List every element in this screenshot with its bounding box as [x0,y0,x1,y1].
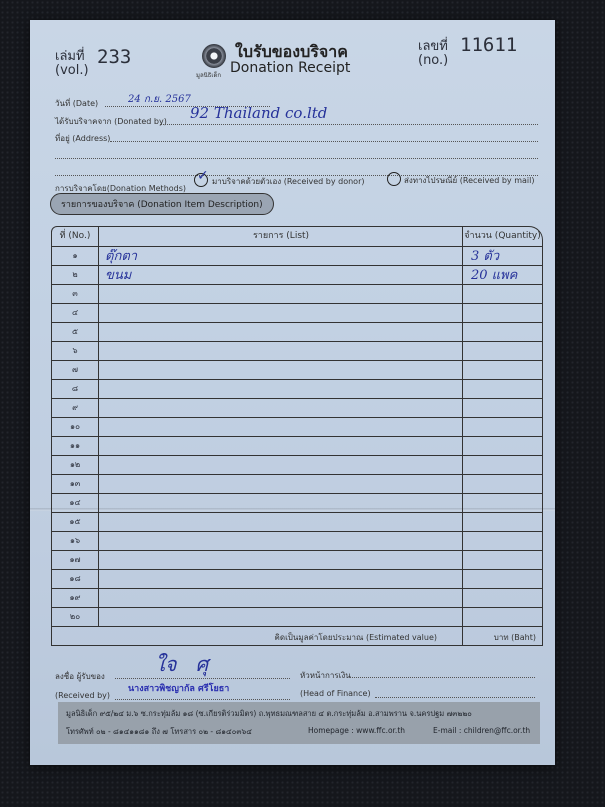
row-item-cell[interactable] [98,531,463,550]
radio-received-by-donor[interactable]: ✓ [194,173,208,187]
no-label-th: เลขที่ [418,40,448,54]
row-item-cell[interactable] [98,588,463,607]
row-number: ๑๒ [52,455,98,474]
footer-homepage[interactable]: Homepage : www.ffc.or.th [308,726,405,735]
row-number: ๑๙ [52,588,98,607]
head-finance-line-1 [350,677,535,678]
row-number: ๑๐ [52,417,98,436]
table-row: ๙ [52,398,542,418]
table-row: ๑๐ [52,417,542,437]
col-no-header: ที่ (No.) [52,227,98,246]
option-received-by-mail: ส่งทางไปรษณีย์ (Received by mail) [404,174,534,187]
items-table: ที่ (No.) รายการ (List) จำนวน (Quantity)… [51,226,543,646]
received-by-label-en: (Received by) [55,691,110,700]
address-label: ที่อยู่ (Address) [55,132,110,145]
table-row: ๒๐ [52,607,542,627]
volume-block: เล่มที่ (vol.) 233 [55,50,89,78]
row-item-cell[interactable]: ตุ๊กตา [98,246,463,265]
footer-address: มูลนิธิเด็ก ๙๕/๒๔ ม.๖ ซ.กระทุ่มล้ม ๑๘ (ซ… [66,708,472,720]
row-qty-cell[interactable] [462,360,542,379]
row-item-cell[interactable] [98,284,463,303]
received-by-line-2 [115,699,290,700]
row-number: ๕ [52,322,98,341]
row-item-cell[interactable] [98,303,463,322]
table-row: ๘ [52,379,542,399]
table-header: ที่ (No.) รายการ (List) จำนวน (Quantity) [52,227,542,247]
row-item-cell[interactable] [98,493,463,512]
table-row: ๑๖ [52,531,542,551]
row-item-cell[interactable] [98,436,463,455]
row-number: ๙ [52,398,98,417]
donated-by-label: ได้รับบริจาคจาก (Donated by) [55,115,167,128]
table-row: ๑๔ [52,493,542,513]
option-received-by-donor: มาบริจาคด้วยตัวเอง (Received by donor) [212,175,365,188]
row-item-cell[interactable] [98,417,463,436]
row-item-cell[interactable] [98,360,463,379]
row-qty-cell[interactable] [462,550,542,569]
receiver-signature: ใจ ศุ [155,648,208,680]
row-qty-cell[interactable] [462,417,542,436]
row-number: ๒ [52,265,98,284]
table-row: ๑๗ [52,550,542,570]
table-row: ๑๘ [52,569,542,589]
items-section-title: รายการของบริจาค (Donation Item Descripti… [50,193,274,215]
table-row: ๖ [52,341,542,361]
row-number: ๑๖ [52,531,98,550]
row-item-cell[interactable]: ขนม [98,265,463,284]
footer-contact-bar: มูลนิธิเด็ก ๙๕/๒๔ ม.๖ ซ.กระทุ่มล้ม ๑๘ (ซ… [58,702,540,744]
row-qty-cell[interactable] [462,303,542,322]
date-value[interactable]: 24 ก.ย. 2567 [128,92,191,107]
row-item-cell[interactable] [98,607,463,626]
row-qty-cell[interactable] [462,588,542,607]
receipt-number-block: เลขที่ (no.) 11611 [418,40,448,68]
row-qty-cell[interactable] [462,569,542,588]
donated-by-value[interactable]: 92 Thailand co.ltd [190,104,327,122]
table-row: ๓ [52,284,542,304]
row-qty: 20 แพค [471,264,517,285]
row-item-cell[interactable] [98,379,463,398]
table-row: ๑ตุ๊กตา3 ตัว [52,246,542,266]
date-label: วันที่ (Date) [55,97,98,110]
checkmark-icon: ✓ [197,168,209,184]
row-number: ๖ [52,341,98,360]
table-row: ๒ขนม20 แพค [52,265,542,285]
table-row: ๑๒ [52,455,542,475]
table-row: ๔ [52,303,542,323]
footer-phone: โทรศัพท์ ๐๒ - ๘๑๔๑๑๘๑ ถึง ๗ โทรสาร ๐๒ - … [66,726,252,738]
row-number: ๑ [52,246,98,265]
received-by-label-th: ลงชื่อ ผู้รับของ [55,670,105,683]
radio-received-by-mail[interactable] [387,172,401,186]
row-number: ๑๕ [52,512,98,531]
table-row: ๕ [52,322,542,342]
row-item: ตุ๊กตา [105,245,137,266]
table-row: ๑๓ [52,474,542,494]
estimated-value-cell[interactable]: บาท (Baht) [462,627,542,645]
logo-caption: มูลนิธิเด็ก [196,70,221,80]
table-row: ๑๙ [52,588,542,608]
title-english: Donation Receipt [230,60,350,76]
donation-receipt: เล่มที่ (vol.) 233 มูลนิธิเด็ก ใบรับของบ… [30,20,555,765]
row-number: ๓ [52,284,98,303]
address-line-1 [110,141,538,142]
row-item-cell[interactable] [98,322,463,341]
row-item-cell[interactable] [98,569,463,588]
row-qty-cell[interactable] [462,474,542,493]
no-label-en: (no.) [418,54,448,68]
donated-by-line [160,124,538,125]
row-number: ๗ [52,360,98,379]
row-qty: 3 ตัว [471,245,499,266]
head-finance-label-en: (Head of Finance) [300,689,371,698]
estimated-value-label: คิดเป็นมูลค่าโดยประมาณ (Estimated value) [275,631,437,644]
receiver-name-stamp: นางสาวพิชญากัล ศรีโยธา [128,681,229,695]
row-qty-cell[interactable] [462,455,542,474]
head-finance-label-th: หัวหน้าการเงิน [300,669,351,682]
estimated-value-row: คิดเป็นมูลค่าโดยประมาณ (Estimated value)… [52,627,542,645]
row-number: ๒๐ [52,607,98,626]
row-qty-cell[interactable]: 3 ตัว [462,246,542,265]
table-row: ๑๕ [52,512,542,532]
row-item: ขนม [105,264,131,285]
row-qty-cell[interactable] [462,512,542,531]
foundation-logo-icon [202,44,226,68]
row-qty-cell[interactable] [462,379,542,398]
row-number: ๑๑ [52,436,98,455]
row-item-cell[interactable] [98,398,463,417]
row-qty-cell[interactable]: 20 แพค [462,265,542,284]
baht-label: บาท (Baht) [494,631,536,644]
row-qty-cell[interactable] [462,607,542,626]
row-qty-cell[interactable] [462,284,542,303]
vol-value: 233 [97,50,131,64]
row-qty-cell[interactable] [462,531,542,550]
address-line-2 [55,158,538,159]
row-number: ๘ [52,379,98,398]
vol-label-th: เล่มที่ [55,50,89,64]
table-row: ๑๑ [52,436,542,456]
col-list-header: รายการ (List) [98,227,463,246]
row-item-cell[interactable] [98,474,463,493]
table-row: ๗ [52,360,542,380]
receipt-number: 11611 [460,38,517,52]
row-qty-cell[interactable] [462,436,542,455]
row-item-cell[interactable] [98,455,463,474]
head-finance-line-2 [375,697,535,698]
row-item-cell[interactable] [98,341,463,360]
row-qty-cell[interactable] [462,493,542,512]
row-number: ๑๓ [52,474,98,493]
row-number: ๑๗ [52,550,98,569]
row-qty-cell[interactable] [462,341,542,360]
row-item-cell[interactable] [98,550,463,569]
row-qty-cell[interactable] [462,322,542,341]
vol-label-en: (vol.) [55,64,89,78]
row-number: ๔ [52,303,98,322]
row-number: ๑๘ [52,569,98,588]
row-number: ๑๔ [52,493,98,512]
row-item-cell[interactable] [98,512,463,531]
col-qty-header: จำนวน (Quantity) [462,227,542,246]
row-qty-cell[interactable] [462,398,542,417]
footer-email[interactable]: E-mail : children@ffc.or.th [433,726,530,735]
